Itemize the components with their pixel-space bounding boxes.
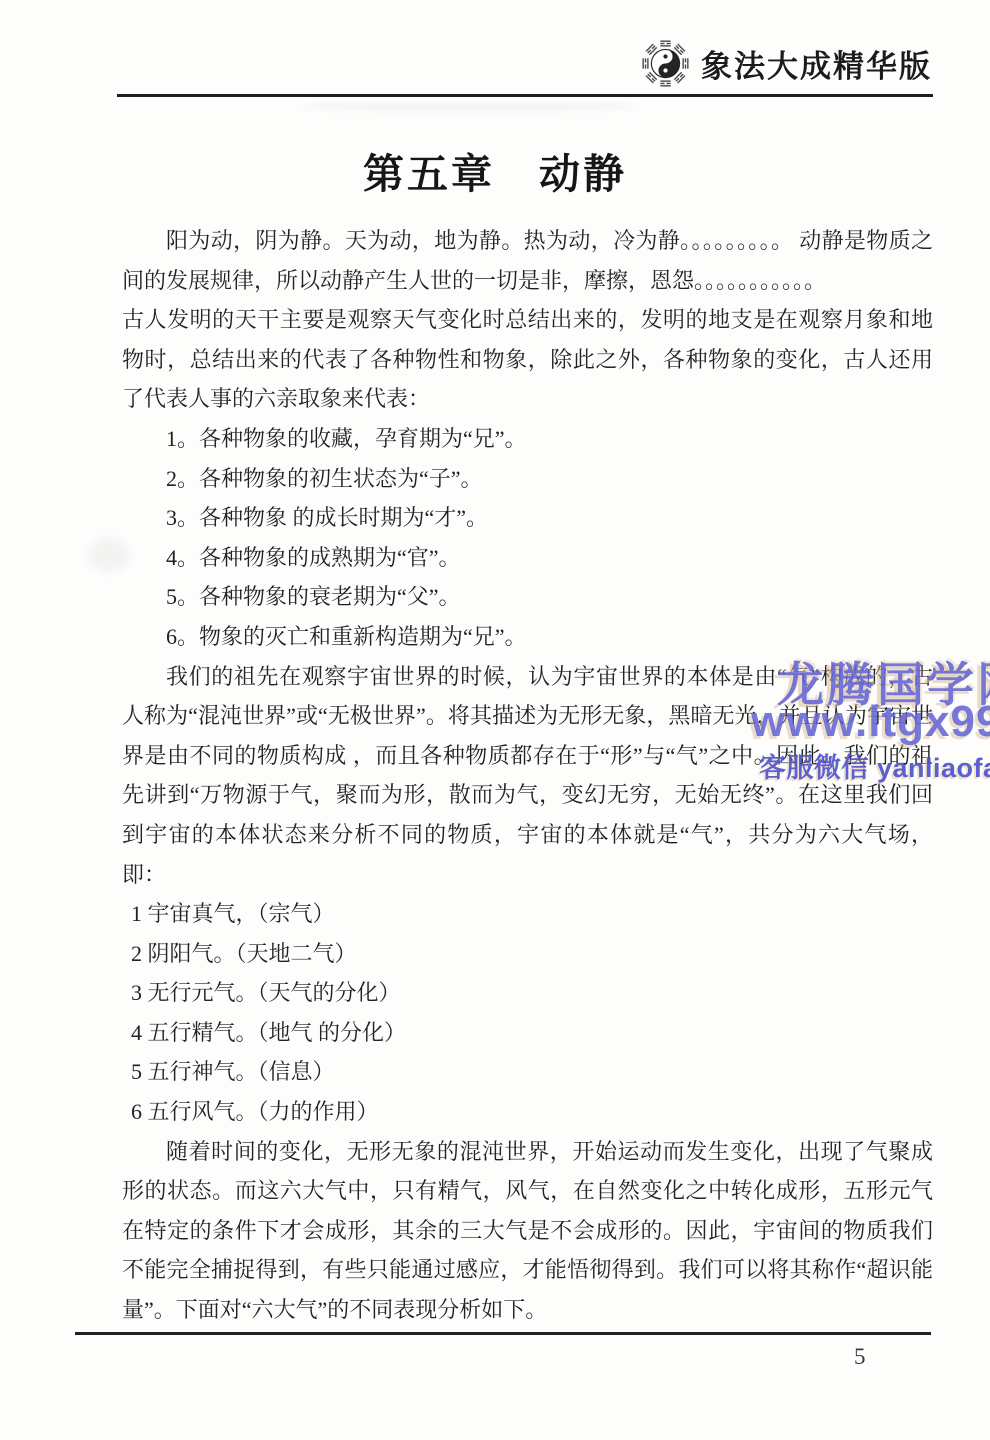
list-item: 3。各种物象 的成长时期为“才”。 xyxy=(122,498,933,538)
list-item: 6。物象的灭亡和重新构造期为“兄”。 xyxy=(122,617,933,657)
header-brand-text: 象法大成精华版 xyxy=(701,41,932,86)
list-item: 2。各种物象的初生状态为“子”。 xyxy=(122,459,933,499)
liuqin-list: 1。各种物象的收藏，孕育期为“兄”。 2。各种物象的初生状态为“子”。 3。各种… xyxy=(122,419,933,657)
list-item: 1。各种物象的收藏，孕育期为“兄”。 xyxy=(122,419,933,459)
scanned-book-page: 象法大成精华版 第五章 动静 阳为动，阴为静。天为动，地为静。热为动，冷为静。。… xyxy=(0,0,990,1440)
header-brand: 象法大成精华版 xyxy=(642,40,932,87)
list-item: 5。各种物象的衰老期为“父”。 xyxy=(122,577,933,617)
list-item: 4 五行精气。（地气 的分化） xyxy=(122,1013,933,1053)
page-number: 5 xyxy=(854,1344,866,1370)
taiji-bagua-icon xyxy=(642,40,689,87)
header-divider xyxy=(117,94,933,97)
list-item: 2 阴阳气。（天地二气） xyxy=(122,934,933,974)
liuqi-list: 1 宇宙真气，（宗气） 2 阴阳气。（天地二气） 3 无行元气。（天气的分化） … xyxy=(122,894,933,1132)
list-item: 5 五行神气。（信息） xyxy=(122,1052,933,1092)
paragraph-universe-qi: 我们的祖先在观察宇宙世界的时候，认为宇宙世界的本体是由“气”构成的，古人称为“混… xyxy=(122,657,933,895)
paragraph-time-change: 随着时间的变化，无形无象的混沌世界，开始运动而发生变化，出现了气聚成形的状态。而… xyxy=(122,1132,933,1330)
scan-smudge xyxy=(300,103,640,111)
chapter-title: 第五章 动静 xyxy=(0,141,990,200)
list-item: 3 无行元气。（天气的分化） xyxy=(122,973,933,1013)
list-item: 1 宇宙真气，（宗气） xyxy=(122,894,933,934)
footer-divider xyxy=(75,1332,931,1335)
body-text: 阳为动，阴为静。天为动，地为静。热为动，冷为静。。。。。。。。。 动静是物质之间… xyxy=(122,221,933,1330)
list-item: 4。各种物象的成熟期为“官”。 xyxy=(122,538,933,578)
paragraph-tiangan-dizhi: 古人发明的天干主要是观察天气变化时总结出来的，发明的地支是在观察月象和地物时，总… xyxy=(122,300,933,419)
list-item: 6 五行风气。（力的作用） xyxy=(122,1092,933,1132)
paragraph-dongjing-intro: 阳为动，阴为静。天为动，地为静。热为动，冷为静。。。。。。。。。 动静是物质之间… xyxy=(122,221,933,300)
